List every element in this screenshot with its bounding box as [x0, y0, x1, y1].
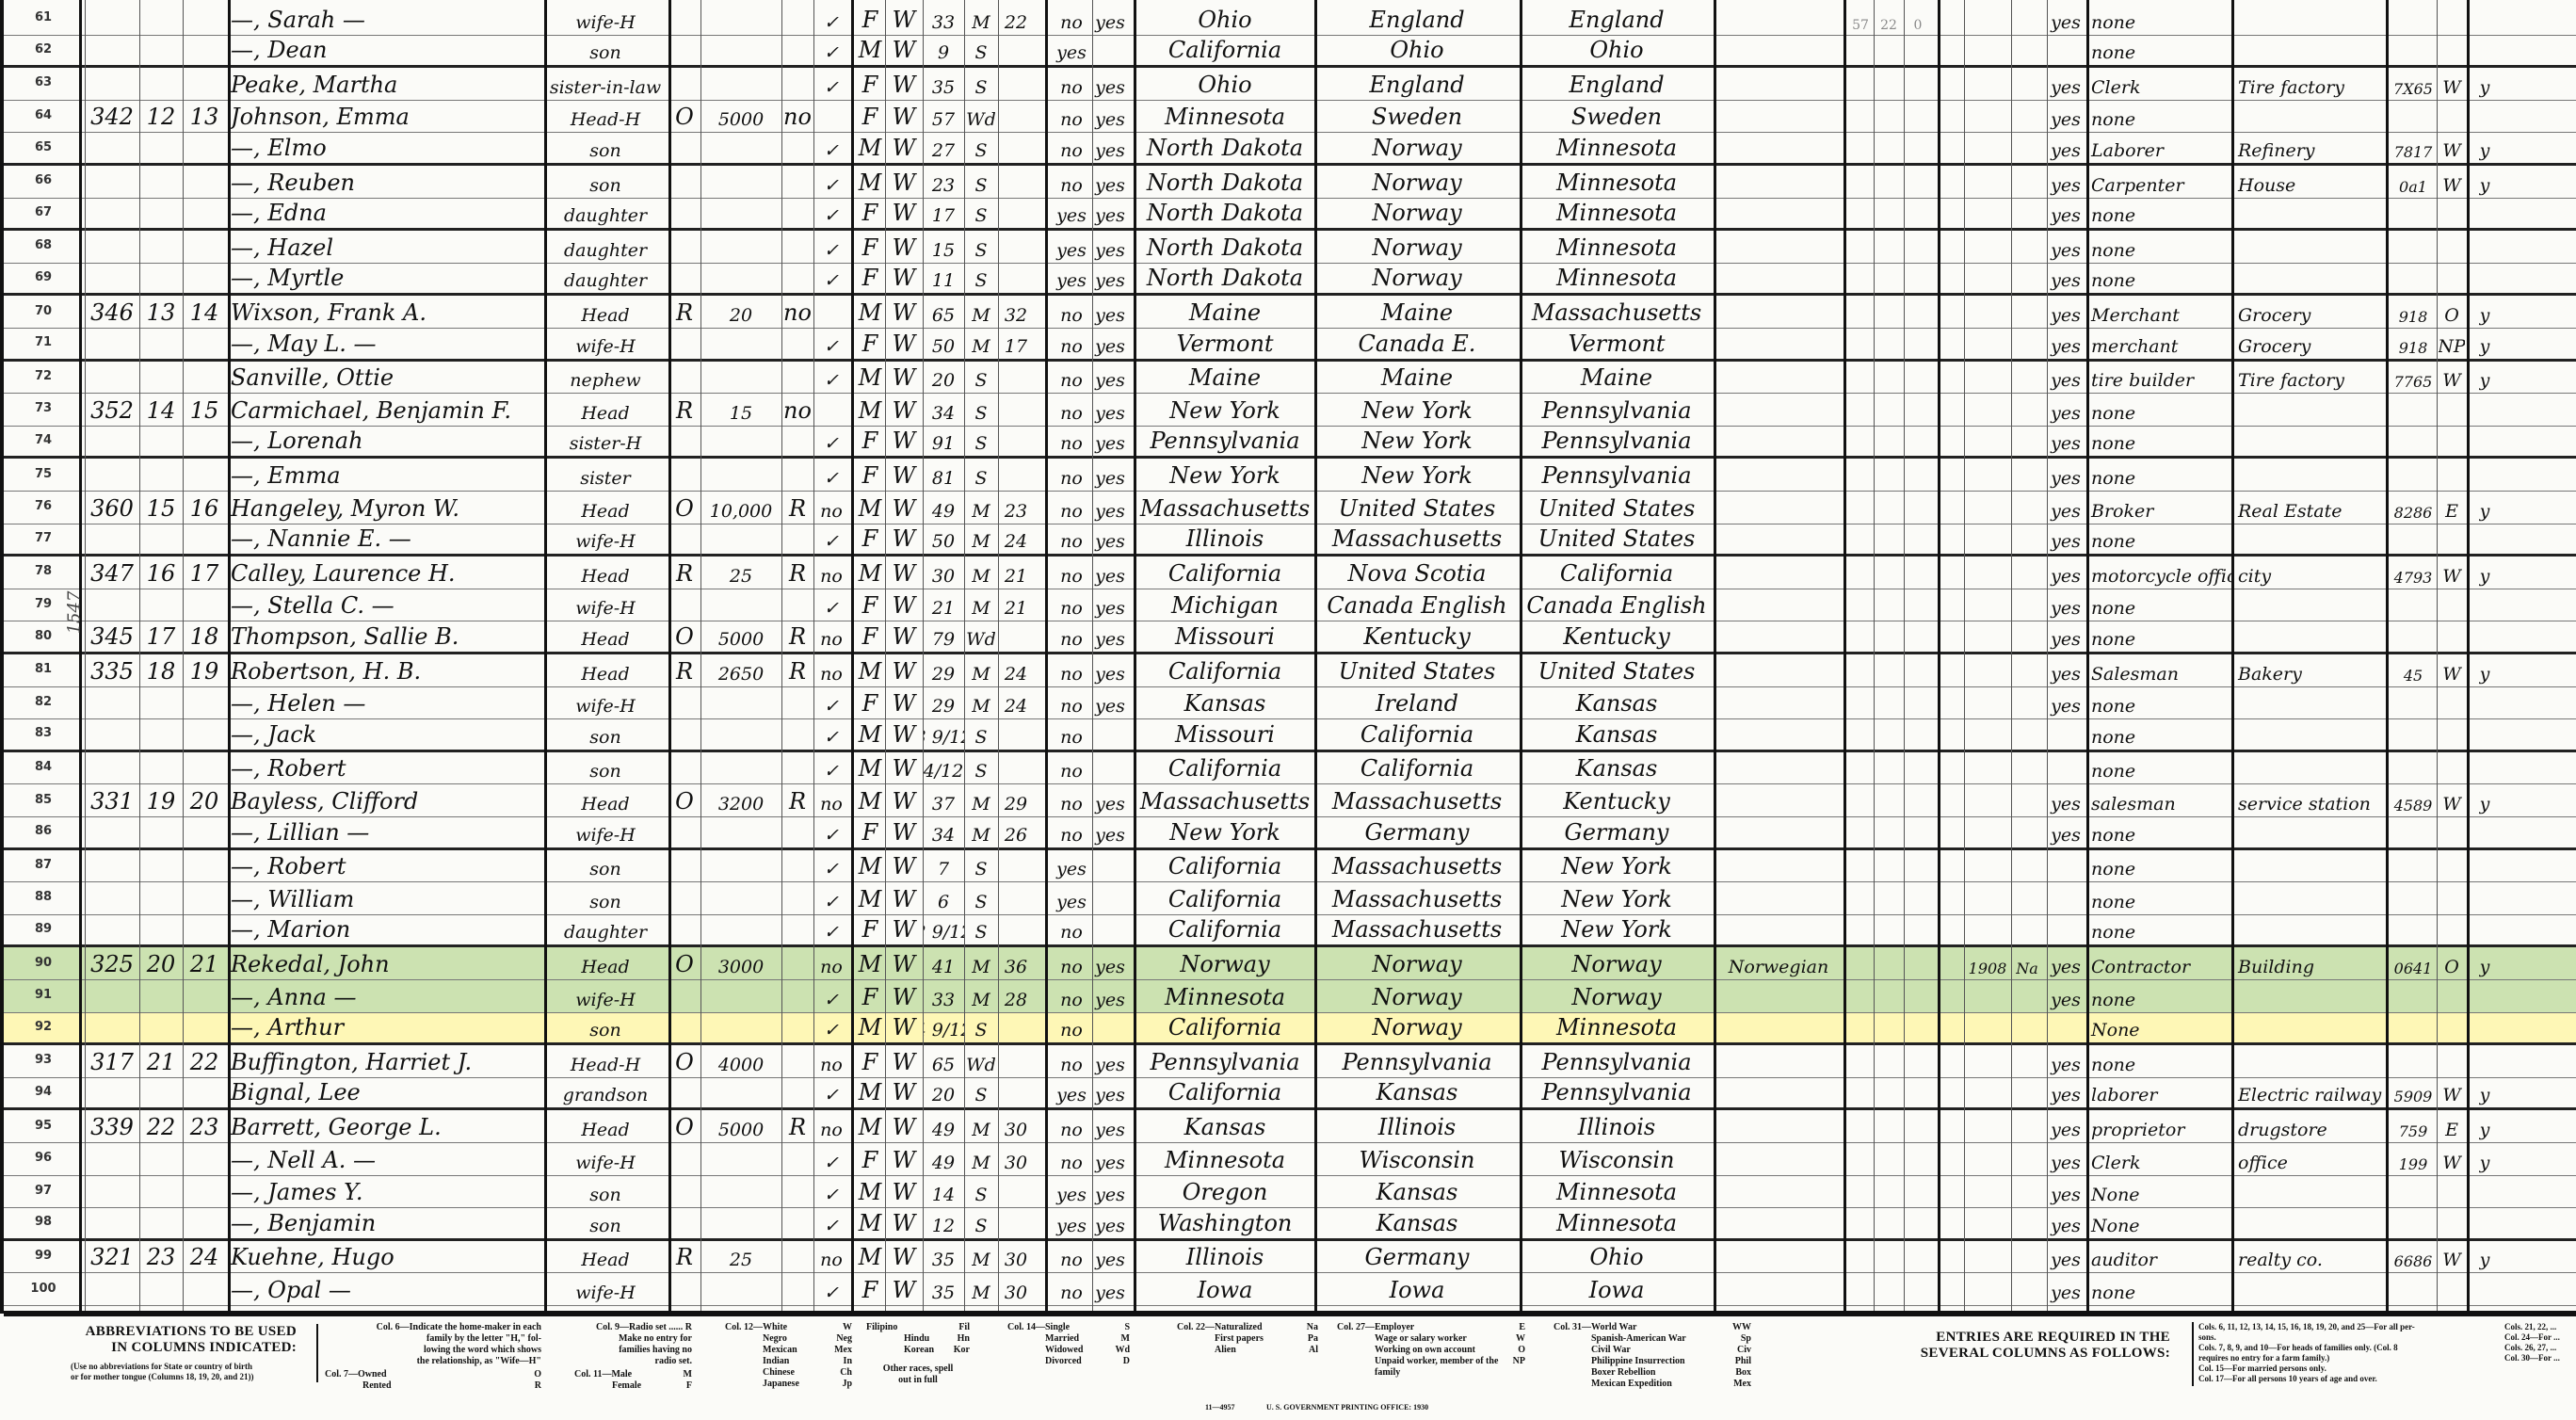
age-cell: 12	[923, 1208, 964, 1238]
family-number-cell	[139, 427, 183, 457]
marital-status-cell: Wd	[964, 101, 998, 133]
birthplace-cell: North Dakota	[1135, 133, 1314, 163]
employed-cell	[2471, 1013, 2499, 1043]
relationship-cell: Head	[544, 394, 667, 426]
occupation-cell: none	[2088, 850, 2231, 882]
abbreviation-code: E	[1510, 1322, 1525, 1333]
father-birthplace-cell: Norway	[1316, 133, 1518, 163]
immigration-year-cell	[1964, 654, 2011, 686]
immigration-year-cell	[1964, 362, 2011, 394]
mother-birthplace-cell: New York	[1520, 850, 1714, 882]
code-b-cell	[1874, 459, 1904, 491]
code-b-cell	[1874, 915, 1904, 945]
can-read-write-cell: yes	[1092, 362, 1128, 394]
abbreviation-entry: JapaneseJp	[725, 1379, 852, 1390]
code-b-cell: 22	[1874, 3, 1904, 35]
speaks-english-cell: yes	[2047, 264, 2085, 294]
mother-birthplace-cell: New York	[1520, 882, 1714, 914]
dwelling-number-cell: 352	[85, 394, 139, 426]
abbreviation-label: Civil War	[1554, 1345, 1631, 1356]
father-birthplace-cell: Wisconsin	[1316, 1143, 1518, 1175]
radio-set-cell	[781, 1176, 813, 1208]
industry-code-cell	[2390, 1176, 2437, 1208]
age-at-marriage-cell	[998, 36, 1034, 66]
occupation-cell: none	[2088, 621, 2231, 652]
father-birthplace-cell: Maine	[1316, 362, 1518, 394]
abbreviation-entry: RentedR	[325, 1380, 541, 1392]
father-birthplace-cell: California	[1316, 752, 1518, 784]
relationship-cell: son	[544, 1013, 667, 1043]
employed-cell	[2471, 36, 2499, 66]
marital-status-cell: M	[964, 980, 998, 1012]
column-divider	[1843, 0, 1846, 1314]
code-b-cell	[1874, 557, 1904, 589]
radio-set-cell	[781, 1241, 813, 1273]
relationship-cell: Head	[544, 296, 667, 328]
mother-birthplace-cell: Minnesota	[1520, 199, 1714, 229]
relationship-cell: daughter	[544, 264, 667, 294]
code-c-cell	[1904, 36, 1932, 66]
class-of-worker-cell	[2439, 882, 2465, 914]
home-value-cell	[700, 1143, 781, 1175]
radio-set-cell	[781, 1013, 813, 1043]
person-name-cell: —, Hazel	[228, 231, 542, 263]
home-value-cell: 25	[700, 1241, 781, 1273]
attended-school-cell: yes	[1051, 1176, 1092, 1208]
occupation-cell: laborer	[2088, 1078, 2231, 1108]
mother-birthplace-cell: Pennsylvania	[1520, 1045, 1714, 1077]
industry-code-cell	[2390, 459, 2437, 491]
abbreviation-entry: ChineseCh	[725, 1367, 852, 1379]
census-row: 71—, May L. —wife-H✓FW50M17noyesVermontC…	[4, 329, 2576, 362]
class-of-worker-cell: W	[2439, 557, 2465, 589]
census-row: 96—, Nell A. —wife-H✓FW49M30noyesMinneso…	[4, 1143, 2576, 1176]
race-cell: W	[885, 589, 923, 621]
marital-status-cell: M	[964, 817, 998, 847]
census-row: 84—, Robertson✓MW4/12SnoCaliforniaCalifo…	[4, 752, 2576, 785]
occupation-cell: Clerk	[2088, 68, 2231, 100]
sex-cell: M	[855, 947, 885, 979]
farm-flag-cell: ✓	[813, 427, 849, 457]
abbreviation-label: Japanese	[725, 1379, 799, 1390]
dwelling-number-cell	[85, 329, 139, 359]
code-b-cell	[1874, 1176, 1904, 1208]
naturalization-cell	[2011, 329, 2043, 359]
abbreviation-entry: Col. 14—SingleS	[1007, 1322, 1130, 1333]
industry-cell: Tire factory	[2235, 362, 2386, 394]
person-name-cell: Johnson, Emma	[228, 101, 542, 133]
home-tenure-cell: O	[668, 784, 700, 816]
age-at-marriage-cell	[998, 427, 1034, 457]
abbreviation-label: Spanish-American War	[1554, 1333, 1686, 1345]
immigration-year-cell	[1964, 492, 2011, 524]
code-c-cell	[1904, 427, 1932, 457]
age-at-marriage-cell	[998, 915, 1034, 945]
race-cell: W	[885, 524, 923, 555]
father-birthplace-cell: Norway	[1316, 199, 1518, 229]
employed-cell: y	[2471, 296, 2499, 328]
can-read-write-cell: yes	[1092, 1241, 1128, 1273]
age-at-marriage-cell	[998, 394, 1034, 426]
occupation-cell: salesman	[2088, 784, 2231, 816]
code-c-cell	[1904, 459, 1932, 491]
marital-status-cell: S	[964, 36, 998, 66]
age-cell: 49	[923, 1110, 964, 1142]
speaks-english-cell: yes	[2047, 492, 2085, 524]
column-divider	[2386, 0, 2389, 1314]
birthplace-cell: Illinois	[1135, 524, 1314, 555]
home-tenure-cell	[668, 68, 700, 100]
home-tenure-cell: R	[668, 557, 700, 589]
abbreviation-entry: Boxer RebellionBox	[1554, 1367, 1751, 1379]
dwelling-number-cell	[85, 1143, 139, 1175]
age-at-marriage-cell: 28	[998, 980, 1034, 1012]
relationship-cell: wife-H	[544, 329, 667, 359]
mother-birthplace-cell: Kansas	[1520, 687, 1714, 719]
code-a-cell	[1847, 101, 1874, 133]
abbreviation-entry: First papersPa	[1177, 1333, 1318, 1345]
mother-birthplace-cell: Wisconsin	[1520, 1143, 1714, 1175]
speaks-english-cell: yes	[2047, 1078, 2085, 1108]
mother-birthplace-cell: Ohio	[1520, 1241, 1714, 1273]
marital-status-cell: M	[964, 1273, 998, 1305]
census-row: 75—, Emmasister✓FW81SnoyesNew YorkNew Yo…	[4, 459, 2576, 492]
family-number-cell	[139, 1208, 183, 1238]
code-a-cell	[1847, 915, 1874, 945]
sex-cell: M	[855, 492, 885, 524]
census-row: 61—, Sarah —wife-H✓FW33M22noyesOhioEngla…	[4, 3, 2576, 36]
abbreviation-entry: DivorcedD	[1007, 1356, 1130, 1367]
code-a-cell	[1847, 589, 1874, 621]
code-b-cell	[1874, 199, 1904, 229]
abbreviation-label: Unpaid worker, member of the family	[1337, 1356, 1505, 1379]
mother-tongue-cell	[1715, 36, 1842, 66]
attended-school-cell: no	[1051, 719, 1092, 750]
dwelling-number-cell	[85, 1273, 139, 1305]
relationship-cell: son	[544, 850, 667, 882]
marital-status-cell: S	[964, 882, 998, 914]
person-name-cell: —, Nannie E. —	[228, 524, 542, 555]
code-c-cell	[1904, 1208, 1932, 1238]
line-number-cell: 98	[8, 1208, 79, 1238]
birthplace-cell: California	[1135, 752, 1314, 784]
column-divider	[923, 0, 924, 1314]
can-read-write-cell: yes	[1092, 980, 1128, 1012]
farm-flag-cell: no	[813, 784, 849, 816]
marital-status-cell: M	[964, 654, 998, 686]
person-name-cell: Thompson, Sallie B.	[228, 621, 542, 652]
age-at-marriage-cell	[998, 133, 1034, 163]
line-number-cell: 94	[8, 1078, 79, 1108]
birthplace-cell: Norway	[1135, 947, 1314, 979]
father-birthplace-cell: England	[1316, 68, 1518, 100]
relationship-cell: nephew	[544, 362, 667, 394]
industry-code-cell	[2390, 1013, 2437, 1043]
age-at-marriage-cell	[998, 101, 1034, 133]
census-row: 89—, Mariondaughter✓FW2 9/12SnoCaliforni…	[4, 915, 2576, 948]
employed-cell: y	[2471, 362, 2499, 394]
sex-cell: F	[855, 1143, 885, 1175]
naturalization-cell	[2011, 1143, 2043, 1175]
sex-cell: F	[855, 1273, 885, 1305]
code-a-cell	[1847, 264, 1874, 294]
dwelling-number-cell	[85, 524, 139, 555]
age-cell: 91	[923, 427, 964, 457]
home-tenure-cell	[668, 1176, 700, 1208]
dwelling-number-cell: 346	[85, 296, 139, 328]
father-birthplace-cell: Maine	[1316, 296, 1518, 328]
speaks-english-cell: yes	[2047, 1208, 2085, 1238]
code-b-cell	[1874, 850, 1904, 882]
abbreviation-code: Pa	[1303, 1333, 1318, 1345]
mother-birthplace-cell: New York	[1520, 915, 1714, 945]
home-tenure-cell	[668, 1143, 700, 1175]
marital-status-cell: S	[964, 1013, 998, 1043]
relationship-cell: sister	[544, 459, 667, 491]
census-row: 933172122Buffington, Harriet J.Head-HO40…	[4, 1045, 2576, 1078]
mother-birthplace-cell: Ohio	[1520, 36, 1714, 66]
code-b-cell	[1874, 101, 1904, 133]
sex-cell: M	[855, 1176, 885, 1208]
speaks-english-cell: yes	[2047, 654, 2085, 686]
person-name-cell: Buffington, Harriet J.	[228, 1045, 542, 1077]
naturalization-cell	[2011, 915, 2043, 945]
mother-birthplace-cell: Norway	[1520, 980, 1714, 1012]
line-number-cell: 87	[8, 850, 79, 882]
family-number-cell	[139, 133, 183, 163]
race-cell: W	[885, 329, 923, 359]
mother-birthplace-cell: Pennsylvania	[1520, 1078, 1714, 1108]
father-birthplace-cell: Pennsylvania	[1316, 1045, 1518, 1077]
column-divider	[1964, 0, 1965, 1314]
speaks-english-cell: yes	[2047, 101, 2085, 133]
industry-cell	[2235, 101, 2386, 133]
line-number-cell: 83	[8, 719, 79, 750]
attended-school-cell: no	[1051, 947, 1092, 979]
line-number-cell: 84	[8, 752, 79, 784]
radio-set-cell	[781, 719, 813, 750]
speaks-english-cell: yes	[2047, 329, 2085, 359]
occupation-cell: Clerk	[2088, 1143, 2231, 1175]
sex-cell: M	[855, 784, 885, 816]
industry-code-cell: 0641	[2390, 947, 2437, 979]
naturalization-cell	[2011, 524, 2043, 555]
age-at-marriage-cell: 30	[998, 1241, 1034, 1273]
abbreviation-label: Alien	[1177, 1345, 1236, 1356]
industry-code-cell	[2390, 687, 2437, 719]
code-c-cell	[1904, 1078, 1932, 1108]
code-c-cell	[1904, 362, 1932, 394]
home-value-cell	[700, 264, 781, 294]
relationship-cell: wife-H	[544, 1143, 667, 1175]
person-name-cell: —, Myrtle	[228, 264, 542, 294]
family-number-cell: 21	[139, 1045, 183, 1077]
can-read-write-cell: yes	[1092, 1045, 1128, 1077]
occupation-cell: none	[2088, 752, 2231, 784]
industry-cell	[2235, 1208, 2386, 1238]
industry-cell	[2235, 36, 2386, 66]
occupation-cell: Broker	[2088, 492, 2231, 524]
code-a-cell	[1847, 394, 1874, 426]
naturalization-cell	[2011, 427, 2043, 457]
naturalization-cell	[2011, 199, 2043, 229]
race-cell: W	[885, 1241, 923, 1273]
visitation-number-cell	[183, 687, 226, 719]
race-cell: W	[885, 980, 923, 1012]
attended-school-cell: no	[1051, 524, 1092, 555]
industry-code-cell: 918	[2390, 296, 2437, 328]
visitation-number-cell	[183, 850, 226, 882]
code-c-cell	[1904, 850, 1932, 882]
birthplace-cell: Pennsylvania	[1135, 1045, 1314, 1077]
visitation-number-cell: 15	[183, 394, 226, 426]
code-b-cell	[1874, 882, 1904, 914]
sex-cell: F	[855, 3, 885, 35]
class-of-worker-cell	[2439, 3, 2465, 35]
line-number-cell: 69	[8, 264, 79, 294]
radio-set-cell	[781, 1273, 813, 1305]
can-read-write-cell: yes	[1092, 427, 1128, 457]
radio-set-cell	[781, 1143, 813, 1175]
can-read-write-cell	[1092, 882, 1128, 914]
abbreviation-code: Civ	[1736, 1345, 1751, 1356]
code-a-cell	[1847, 1110, 1874, 1142]
relationship-cell: Head-H	[544, 101, 667, 133]
line-number-cell: 86	[8, 817, 79, 847]
family-number-cell: 23	[139, 1241, 183, 1273]
home-tenure-cell	[668, 687, 700, 719]
dwelling-number-cell: 331	[85, 784, 139, 816]
visitation-number-cell	[183, 1013, 226, 1043]
abbreviation-code: M	[677, 1369, 692, 1380]
occupation-cell: none	[2088, 524, 2231, 555]
industry-cell	[2235, 459, 2386, 491]
marital-status-cell: S	[964, 1078, 998, 1108]
home-value-cell	[700, 687, 781, 719]
speaks-english-cell: yes	[2047, 1143, 2085, 1175]
col6-instructions: Col. 6—Indicate the home-maker in each f…	[325, 1322, 541, 1367]
immigration-year-cell	[1964, 133, 2011, 163]
column-divider	[2437, 0, 2438, 1314]
marital-status-cell: M	[964, 296, 998, 328]
radio-set-cell	[781, 166, 813, 198]
industry-cell	[2235, 621, 2386, 652]
immigration-year-cell	[1964, 166, 2011, 198]
race-cell: W	[885, 654, 923, 686]
speaks-english-cell: yes	[2047, 296, 2085, 328]
family-number-cell	[139, 980, 183, 1012]
person-name-cell: —, Jack	[228, 719, 542, 750]
column-divider	[2086, 0, 2089, 1314]
abbreviation-entry: Col. 31—World WarWW	[1554, 1322, 1751, 1333]
mother-tongue-cell	[1715, 199, 1842, 229]
relationship-cell: Head	[544, 1110, 667, 1142]
race-cell: W	[885, 1176, 923, 1208]
column-divider	[813, 0, 814, 1314]
relationship-cell: son	[544, 1208, 667, 1238]
code-c-cell	[1904, 166, 1932, 198]
farm-flag-cell: no	[813, 1045, 849, 1077]
home-value-cell	[700, 1078, 781, 1108]
code-a-cell	[1847, 199, 1874, 229]
race-cell: W	[885, 199, 923, 229]
home-tenure-cell	[668, 719, 700, 750]
dwelling-number-cell	[85, 231, 139, 263]
immigration-year-cell	[1964, 1013, 2011, 1043]
code-b-cell	[1874, 133, 1904, 163]
person-name-cell: Peake, Martha	[228, 68, 542, 100]
home-value-cell	[700, 362, 781, 394]
census-row: 643421213Johnson, EmmaHead-HO5000noFW57W…	[4, 101, 2576, 134]
radio-set-cell	[781, 589, 813, 621]
occupation-cell: none	[2088, 3, 2231, 35]
radio-set-cell: R	[781, 557, 813, 589]
home-value-cell	[700, 1208, 781, 1238]
farm-flag-cell: ✓	[813, 1013, 849, 1043]
col9-instructions: Col. 9—Radio set ...... R Make no entry …	[574, 1322, 692, 1367]
occupation-cell: Laborer	[2088, 133, 2231, 163]
home-value-cell: 5000	[700, 1110, 781, 1142]
age-at-marriage-cell: 24	[998, 654, 1034, 686]
attended-school-cell: no	[1051, 133, 1092, 163]
visitation-number-cell: 19	[183, 654, 226, 686]
farm-flag-cell: no	[813, 654, 849, 686]
can-read-write-cell: yes	[1092, 1110, 1128, 1142]
home-tenure-cell	[668, 231, 700, 263]
home-tenure-cell: O	[668, 621, 700, 652]
employed-cell	[2471, 427, 2499, 457]
code-a-cell	[1847, 1045, 1874, 1077]
naturalization-cell	[2011, 784, 2043, 816]
class-of-worker-cell	[2439, 915, 2465, 945]
age-cell: 65	[923, 1045, 964, 1077]
industry-cell	[2235, 915, 2386, 945]
race-cell: W	[885, 133, 923, 163]
visitation-number-cell	[183, 589, 226, 621]
age-cell: 33	[923, 3, 964, 35]
family-number-cell: 14	[139, 394, 183, 426]
abbreviation-label: Col. 27—Employer	[1337, 1322, 1414, 1333]
radio-set-cell	[781, 36, 813, 66]
industry-cell	[2235, 3, 2386, 35]
census-row: 803451718Thompson, Sallie B.HeadO5000Rno…	[4, 621, 2576, 654]
father-birthplace-cell: Iowa	[1316, 1273, 1518, 1305]
father-birthplace-cell: Canada English	[1316, 589, 1518, 621]
code-c-cell	[1904, 915, 1932, 945]
visitation-number-cell	[183, 264, 226, 294]
visitation-number-cell	[183, 524, 226, 555]
marital-status-cell: S	[964, 166, 998, 198]
abbreviation-label: Rented	[325, 1380, 392, 1392]
person-name-cell: —, Nell A. —	[228, 1143, 542, 1175]
home-value-cell	[700, 817, 781, 847]
abbreviation-label: Married	[1007, 1333, 1079, 1345]
can-read-write-cell: yes	[1092, 589, 1128, 621]
abbreviation-label: First papers	[1177, 1333, 1264, 1345]
home-value-cell: 5000	[700, 101, 781, 133]
naturalization-cell	[2011, 1078, 2043, 1108]
census-row: 813351819Robertson, H. B.HeadR2650RnoMW2…	[4, 654, 2576, 687]
column-divider	[2011, 0, 2012, 1314]
sex-cell: F	[855, 329, 885, 359]
home-tenure-cell	[668, 882, 700, 914]
race-cell: W	[885, 394, 923, 426]
age-cell: 3 9/12	[923, 719, 964, 750]
father-birthplace-cell: Germany	[1316, 817, 1518, 847]
person-name-cell: —, Marion	[228, 915, 542, 945]
mother-birthplace-cell: Canada English	[1520, 589, 1714, 621]
sex-cell: F	[855, 687, 885, 719]
